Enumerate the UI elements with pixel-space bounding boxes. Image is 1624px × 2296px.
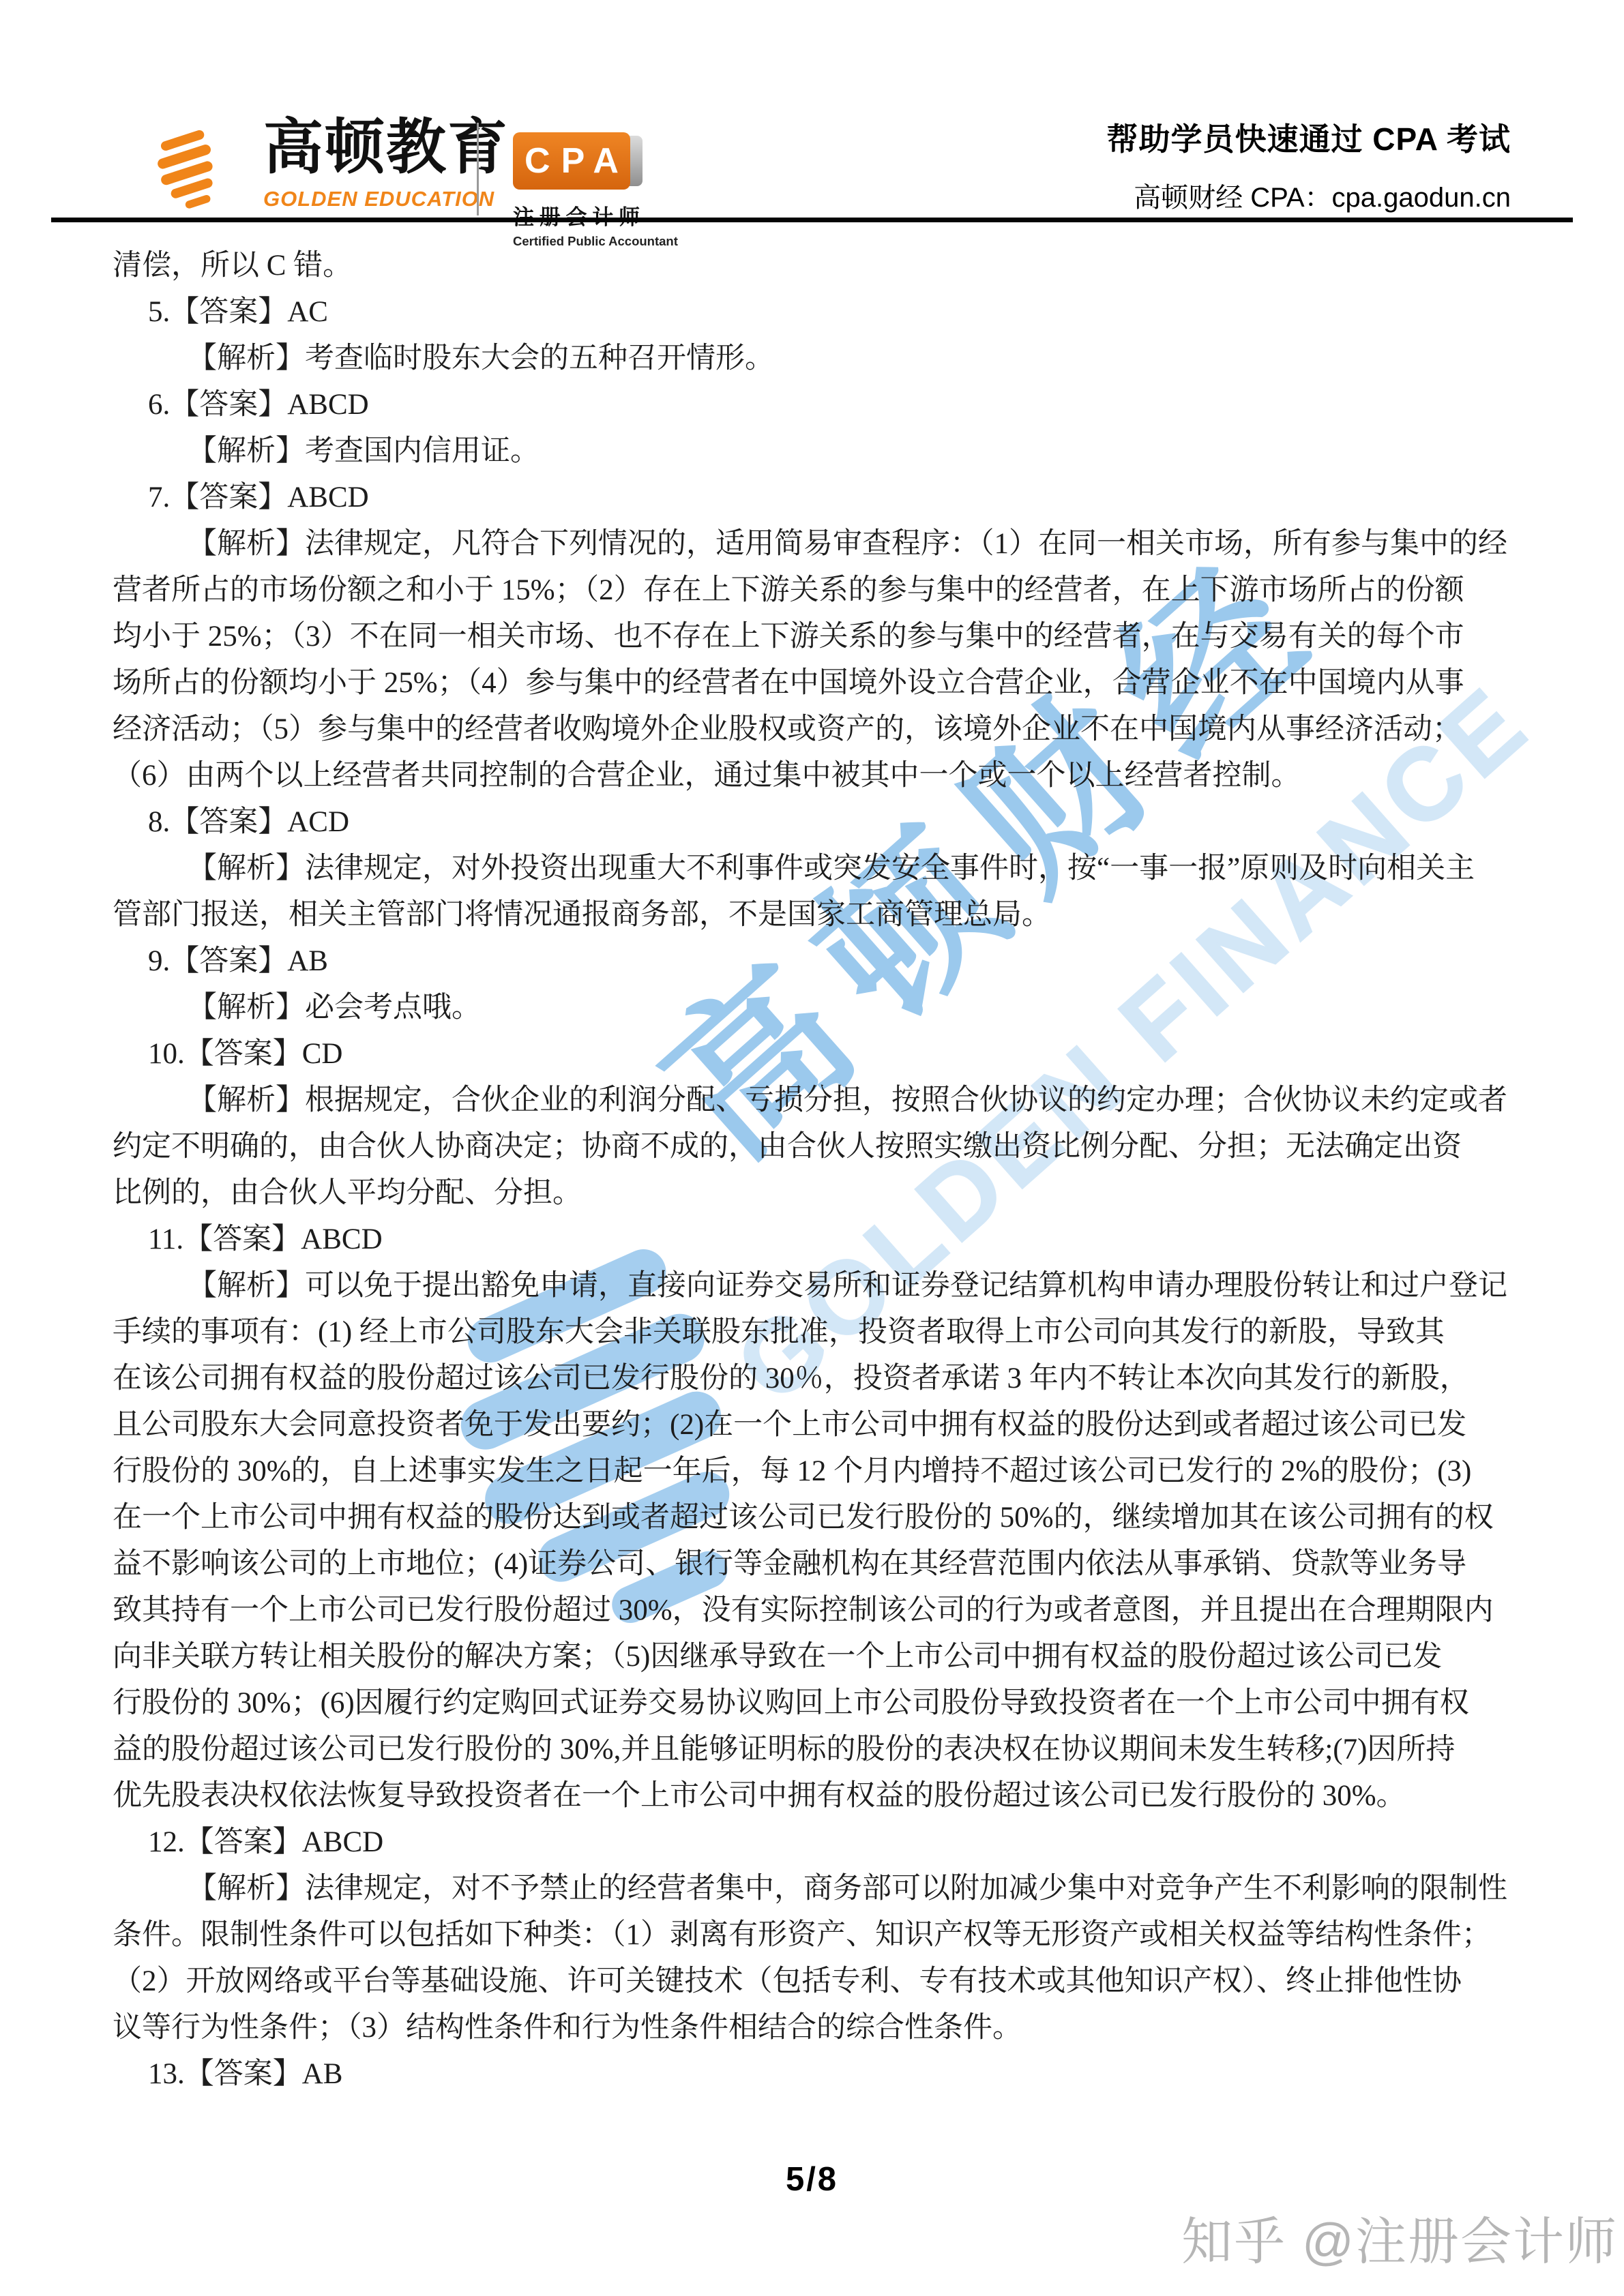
- cpa-logo-block: CPA 注册会计师 Certified Public Accountant: [513, 132, 649, 249]
- body-line: 约定不明确的，由合伙人协商决定；协商不成的，由合伙人按照实缴出资比例分配、分担；…: [113, 1124, 1518, 1170]
- body-line: 且公司股东大会同意投资者免于发出要约；(2)在一个上市公司中拥有权益的股份达到或…: [113, 1402, 1518, 1448]
- gaodun-logo-text: 高顿教育 GOLDEN EDUCATION: [263, 117, 509, 211]
- body-line: 11.【答案】ABCD: [113, 1217, 1518, 1263]
- page: 高顿财经 GOLDEN FINANCE 高顿教育 GOLDEN EDUCATIO…: [0, 0, 1624, 2296]
- cpa-label-cn-char: 计: [592, 200, 613, 230]
- body-line: 手续的事项有：(1) 经上市公司股东大会非关联股东批准，投资者取得上市公司向其发…: [113, 1309, 1518, 1356]
- body-line: 致其持有一个上市公司已发行股份超过 30%，没有实际控制该公司的行为或者意图，并…: [113, 1587, 1518, 1634]
- body-line: 行股份的 30%；(6)因履行约定购回式证券交易协议购回上市公司股份导致投资者在…: [113, 1680, 1518, 1727]
- body-line: 12.【答案】ABCD: [113, 1819, 1518, 1866]
- body-line: 7.【答案】ABCD: [113, 475, 1518, 521]
- cpa-label-cn-char: 注: [513, 200, 534, 230]
- body-line: 6.【答案】ABCD: [113, 382, 1518, 428]
- body-line: 【解析】法律规定，对外投资出现重大不利事件或突发安全事件时，按“一事一报”原则及…: [113, 846, 1518, 892]
- body-line: 9.【答案】AB: [113, 938, 1518, 985]
- body-line: 议等行为性条件；（3）结构性条件和行为性条件相结合的综合性条件。: [113, 2005, 1518, 2051]
- body-line: （6）由两个以上经营者共同控制的合营企业，通过集中被其中一个或一个以上经营者控制…: [113, 753, 1518, 799]
- body-line: 场所占的份额均小于 25%；（4）参与集中的经营者在中国境外设立合营企业，合营企…: [113, 660, 1518, 706]
- header-site-url: 高顿财经 CPA：cpa.gaodun.cn: [1106, 176, 1511, 215]
- logo-name-en: GOLDEN EDUCATION: [263, 187, 509, 211]
- body-line: 清偿，所以 C 错。: [113, 243, 1518, 289]
- body-line: 【解析】法律规定，凡符合下列情况的，适用简易审查程序：（1）在同一相关市场，所有…: [113, 521, 1518, 567]
- body-line: 【解析】考查国内信用证。: [113, 428, 1518, 475]
- header-divider: [477, 123, 479, 215]
- body-line: 营者所占的市场份额之和小于 15%；（2）存在上下游关系的参与集中的经营者，在上…: [113, 567, 1518, 614]
- body-line: 向非关联方转让相关股份的解决方案；（5)因继承导致在一个上市公司中拥有权益的股份…: [113, 1634, 1518, 1680]
- body-line: 经济活动；（5）参与集中的经营者收购境外企业股权或资产的，该境外企业不在中国境内…: [113, 706, 1518, 753]
- body-line: 5.【答案】AC: [113, 289, 1518, 336]
- body-line: 在该公司拥有权益的股份超过该公司已发行股份的 30％，投资者承诺 3 年内不转让…: [113, 1356, 1518, 1402]
- cpa-label-cn-char: 会: [566, 200, 587, 230]
- body-lines: 清偿，所以 C 错。5.【答案】AC【解析】考查临时股东大会的五种召开情形。6.…: [113, 243, 1518, 2098]
- body-line: 条件。限制性条件可以包括如下种类：（1）剥离有形资产、知识产权等无形资产或相关权…: [113, 1912, 1518, 1958]
- body-line: 管部门报送，相关主管部门将情况通报商务部，不是国家工商管理总局。: [113, 892, 1518, 938]
- cpa-badge-face: CPA: [513, 132, 630, 190]
- body-line: 【解析】考查临时股东大会的五种召开情形。: [113, 336, 1518, 382]
- body-line: 【解析】法律规定，对不予禁止的经营者集中，商务部可以附加减少集中对竞争产生不利影…: [113, 1866, 1518, 1912]
- body-line: 【解析】可以免于提出豁免申请，直接向证券交易所和证券登记结算机构申请办理股份转让…: [113, 1263, 1518, 1309]
- body-line: 10.【答案】CD: [113, 1031, 1518, 1077]
- zhihu-watermark: 知乎 @注册会计师: [1181, 2201, 1618, 2274]
- cpa-label-cn-char: 册: [540, 200, 561, 230]
- header-tagline: 帮助学员快速通过 CPA 考试: [1106, 115, 1511, 160]
- logo-name-cn: 高顿教育: [263, 117, 509, 177]
- cpa-badge: CPA: [513, 132, 630, 190]
- body-line: 13.【答案】AB: [113, 2051, 1518, 2098]
- body-line: 益不影响该公司的上市地位；(4)证券公司、银行等金融机构在其经营范围内依法从事承…: [113, 1541, 1518, 1587]
- body-line: 8.【答案】ACD: [113, 799, 1518, 846]
- body-line: （2）开放网络或平台等基础设施、许可关键技术（包括专利、专有技术或其他知识产权）…: [113, 1958, 1518, 2005]
- body-line: 均小于 25%；（3）不在同一相关市场、也不存在上下游关系的参与集中的经营者，在…: [113, 614, 1518, 660]
- body-line: 益的股份超过该公司已发行股份的 30%,并且能够证明标的股份的表决权在协议期间未…: [113, 1727, 1518, 1773]
- gaodun-logo-icon: [151, 101, 255, 229]
- cpa-label-cn-char: 师: [619, 200, 640, 230]
- body-line: 比例的，由合伙人平均分配、分担。: [113, 1170, 1518, 1217]
- body-line: 【解析】根据规定，合伙企业的利润分配、亏损分担，按照合伙协议的约定办理；合伙协议…: [113, 1077, 1518, 1124]
- body-line: 在一个上市公司中拥有权益的股份达到或者超过该公司已发行股份的 50%的，继续增加…: [113, 1495, 1518, 1541]
- cpa-label-cn: 注册会计师: [513, 200, 640, 230]
- body-line: 优先股表决权依法恢复导致投资者在一个上市公司中拥有权益的股份超过该公司已发行股份…: [113, 1773, 1518, 1819]
- page-number: 5/8: [0, 2160, 1624, 2198]
- header-rule: [51, 218, 1573, 222]
- header-right: 帮助学员快速通过 CPA 考试 高顿财经 CPA：cpa.gaodun.cn: [1106, 115, 1511, 215]
- body-line: 行股份的 30%的，自上述事实发生之日起一年后，每 12 个月内增持不超过该公司…: [113, 1448, 1518, 1495]
- body-line: 【解析】必会考点哦。: [113, 985, 1518, 1031]
